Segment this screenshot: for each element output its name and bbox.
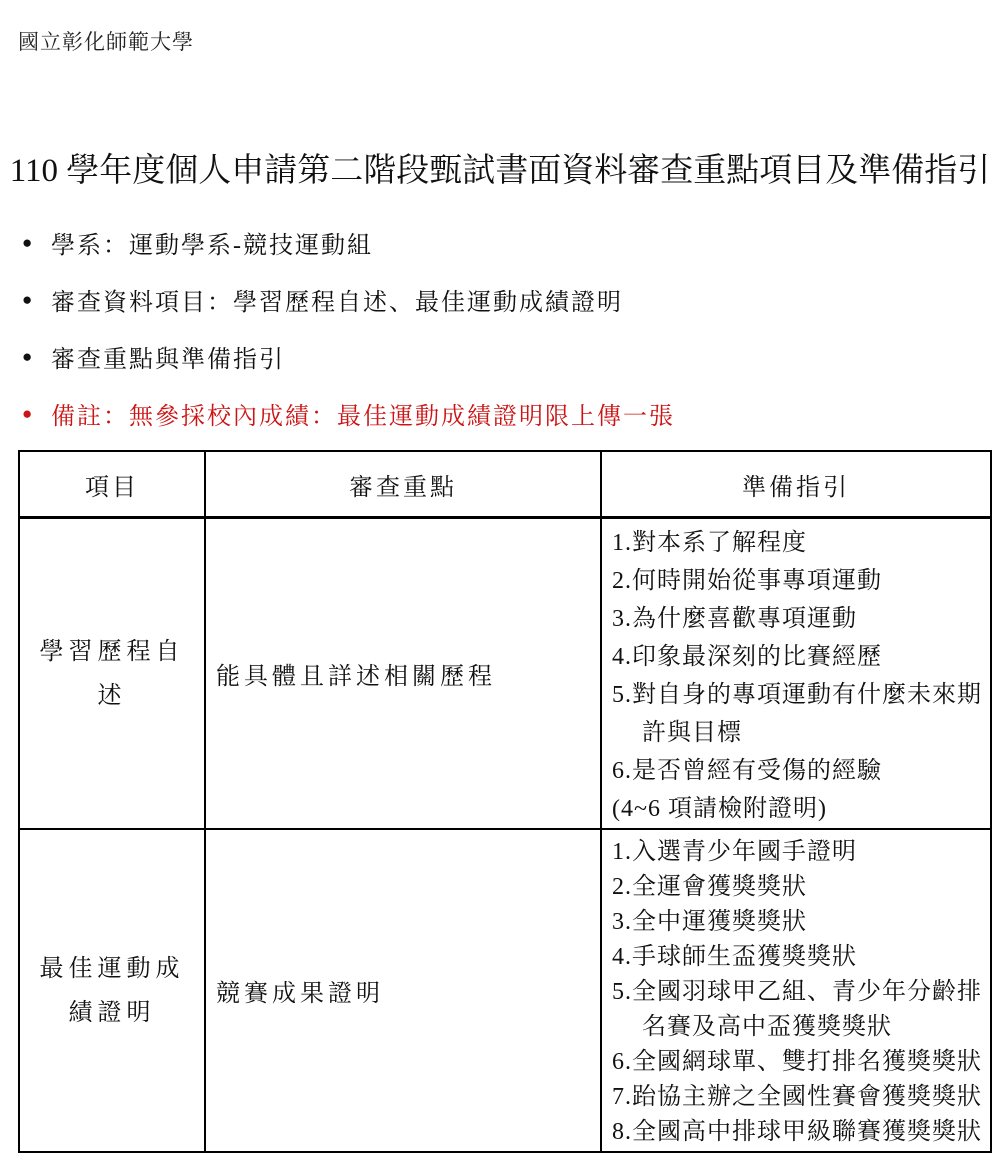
table-header-row: 項目 審查重點 準備指引 [19,451,991,518]
guide-line: 3.全中運獲獎獎狀 [612,905,988,940]
focus-cell-best-sport-result: 競賽成果證明 [205,829,601,1152]
guide-cell-learning-portfolio: 1.對本系了解程度2.何時開始從事專項運動3.為什麼喜歡專項運動4.印象最深刻的… [601,518,991,830]
guide-line-list: 1.對本系了解程度2.何時開始從事專項運動3.為什麼喜歡專項運動4.印象最深刻的… [612,524,988,828]
bullet-label: 備註：無參採校內成績：最佳運動成績證明限上傳一張 [51,396,675,431]
focus-cell-learning-portfolio: 能具體且詳述相關歷程 [205,518,601,830]
table-row: 學習歷程自述 能具體且詳述相關歷程 1.對本系了解程度2.何時開始從事專項運動3… [19,518,991,830]
page-title: 110 學年度個人申請第二階段甄試書面資料審查重點項目及準備指引 [0,144,1000,191]
document-page: 國立彰化師範大學 110 學年度個人申請第二階段甄試書面資料審查重點項目及準備指… [0,0,1000,1162]
column-header-preparation-guide: 準備指引 [601,451,991,518]
item-cell-best-sport-result: 最佳運動成績證明 [19,829,205,1152]
bullet-item: ●審查重點與準備指引 [22,342,675,370]
guide-line: 4.印象最深刻的比賽經歷 [612,638,988,676]
guide-line: 許與目標 [612,714,988,752]
guide-line: 6.全國網球單、雙打排名獲獎獎狀 [612,1045,988,1080]
column-header-item: 項目 [19,451,205,518]
bullet-list: ●學系：運動學系-競技運動組●審查資料項目：學習歷程自述、最佳運動成績證明●審查… [22,228,675,456]
guide-line: 名賽及高中盃獲獎獎狀 [612,1010,988,1045]
bullet-dot-icon: ● [22,291,39,308]
guide-line: 8.全國高中排球甲級聯賽獲獎獎狀 [612,1115,988,1150]
guide-line: 7.跆協主辦之全國性賽會獲獎獎狀 [612,1080,988,1115]
column-header-review-focus: 審查重點 [205,451,601,518]
guide-line: 4.手球師生盃獲獎獎狀 [612,940,988,975]
bullet-dot-icon: ● [22,405,39,422]
bullet-dot-icon: ● [22,234,39,251]
guide-line: 6.是否曾經有受傷的經驗 [612,752,988,790]
table-row: 最佳運動成績證明 競賽成果證明 1.入選青少年國手證明2.全運會獲獎獎狀3.全中… [19,829,991,1152]
bullet-label: 審查資料項目：學習歷程自述、最佳運動成績證明 [51,282,623,317]
bullet-label: 學系：運動學系-競技運動組 [51,225,373,260]
bullet-label: 審查重點與準備指引 [51,339,285,374]
review-table: 項目 審查重點 準備指引 學習歷程自述 能具體且詳述相關歷程 1.對本系了解程度… [18,450,992,1153]
guide-cell-best-sport-result: 1.入選青少年國手證明2.全運會獲獎獎狀3.全中運獲獎獎狀4.手球師生盃獲獎獎狀… [601,829,991,1152]
guide-line: 3.為什麼喜歡專項運動 [612,600,988,638]
school-name: 國立彰化師範大學 [18,26,194,56]
item-cell-learning-portfolio: 學習歷程自述 [19,518,205,830]
guide-line: 1.入選青少年國手證明 [612,835,988,870]
guide-line-list: 1.入選青少年國手證明2.全運會獲獎獎狀3.全中運獲獎獎狀4.手球師生盃獲獎獎狀… [612,835,988,1150]
bullet-dot-icon: ● [22,348,39,365]
guide-line: 5.全國羽球甲乙組、青少年分齡排 [612,975,988,1010]
guide-line: (4~6 項請檢附證明) [612,790,988,828]
bullet-item: ●備註：無參採校內成績：最佳運動成績證明限上傳一張 [22,399,675,427]
bullet-item: ●審查資料項目：學習歷程自述、最佳運動成績證明 [22,285,675,313]
guide-line: 5.對自身的專項運動有什麼未來期 [612,676,988,714]
bullet-item: ●學系：運動學系-競技運動組 [22,228,675,256]
guide-line: 1.對本系了解程度 [612,524,988,562]
guide-line: 2.何時開始從事專項運動 [612,562,988,600]
guide-line: 2.全運會獲獎獎狀 [612,870,988,905]
